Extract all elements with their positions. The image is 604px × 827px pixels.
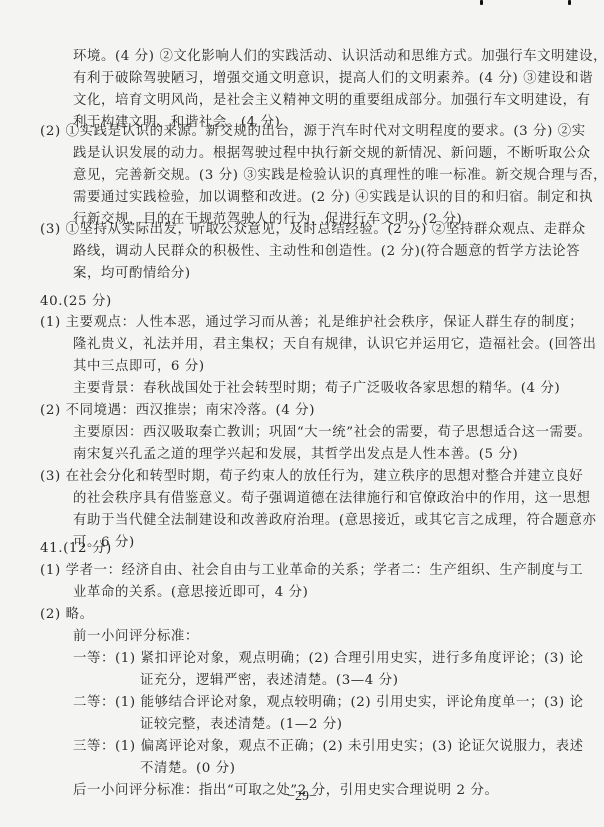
- q41-part1-line: (1) 学者一：经济自由、社会自由与工业革命的关系；学者二：生产组织、生产制度与…: [40, 562, 583, 580]
- q40-part1-line: (1) 主要观点：人性本恶，通过学习而从善；礼是维护社会秩序，保证人群生存的制度…: [40, 314, 583, 332]
- q40-header: 40.(25 分): [40, 293, 112, 311]
- scan-mark: [480, 0, 483, 5]
- q40-part3-line: (3) 在社会分化和转型时期，荀子约束人的放任行为，建立秩序的思想对整合并建立良…: [40, 468, 583, 486]
- q39-part2-line: 需要通过实践检验，加以调整和改进。(2 分) ④实践是认识的目的和归宿。制定和执: [73, 189, 593, 207]
- q39-text-line: 有利于破除驾驶陋习，增强交通文明意识，提高人们的文明素养。(4 分) ③建设和谐: [73, 70, 593, 88]
- q39-part2-line: 践是认识发展的动力。根据驾驶过程中执行新交规的新情况、新问题，不断听取公众: [73, 145, 591, 163]
- exam-answer-page: 环境。(4 分) ②文化影响人们的实践活动、认识活动和思维方式。加强行车文明建设…: [0, 0, 604, 827]
- q39-part2-line: (2) ①实践是认识的来源。新交规的出台，源于汽车时代对文明程度的要求。(3 分…: [40, 123, 586, 141]
- page-number: −29−: [0, 789, 604, 805]
- q41-header: 41.(12 分): [40, 540, 112, 558]
- q40-part2-line: 南宋复兴孔孟之道的理学兴起和发展，其哲学出发点是人性本善。(5 分): [73, 446, 518, 464]
- q41-tier3-line: 不清楚。(0 分): [140, 760, 236, 778]
- q40-part3-line: 的社会秩序具有借鉴意义。荀子强调道德在法律施行和官僚政治中的作用，这一思想: [73, 490, 591, 508]
- q39-part2-line: 意见，完善新交规。(3 分) ③实践是检验认识的真理性的唯一标准。新交规合理与否…: [73, 167, 604, 185]
- q39-part3-line: 路线，调动人民群众的积极性、主动性和创造性。(2 分)(符合题意的哲学方法论答: [73, 243, 580, 261]
- q39-text-line: 文化，培育文明风尚，是社会主义精神文明的重要组成部分。加强行车文明建设，有: [73, 92, 591, 110]
- q40-part2-line: 主要原因：西汉吸取秦亡教训；巩固“大一统”社会的需要，荀子思想适合这一需要。: [73, 424, 592, 442]
- q41-tier1-line: 一等：(1) 紧扣评论对象，观点明确；(2) 合理引用史实，进行多角度评论；(3…: [73, 650, 584, 668]
- q41-tier1-line: 证充分，逻辑严密，表述清楚。(3—4 分): [140, 672, 399, 690]
- q40-part1-line: 其中三点即可，6 分): [73, 358, 205, 376]
- q39-part3-line: (3) ①坚持从实际出发，听取公众意见，及时总结经验。(2 分) ②坚持群众观点…: [40, 221, 586, 239]
- q41-tier2-line: 二等：(1) 能够结合评论对象，观点较明确；(2) 引用史实，评论角度单一；(3…: [73, 694, 584, 712]
- q40-part1-line: 主要背景：春秋战国处于社会转型时期；荀子广泛吸收各家思想的精华。(4 分): [73, 380, 560, 398]
- scan-mark: [568, 0, 571, 5]
- q39-part3-line: 案，均可酌情给分): [73, 265, 191, 283]
- q40-part1-line: 隆礼贵义，礼法并用，君主集权；天自有规律，认识它并运用它，造福社会。(回答出: [73, 336, 596, 354]
- q41-tier2-line: 证较完整，表述清楚。(1—2 分): [140, 716, 343, 734]
- q39-text-line: 环境。(4 分) ②文化影响人们的实践活动、认识活动和思维方式。加强行车文明建设…: [73, 48, 604, 66]
- q41-tier3-line: 三等：(1) 偏离评论对象，观点不正确；(2) 未引用史实；(3) 论证欠说服力…: [73, 738, 584, 756]
- q40-part3-line: 有助于当代健全法制建设和改善政府治理。(意思接近，或其它言之成理，符合题意亦: [73, 512, 596, 530]
- q41-part2-line: (2) 略。: [40, 606, 94, 624]
- q41-part1-line: 业革命的关系。(意思接近即可，4 分): [73, 584, 308, 602]
- q40-part2-line: (2) 不同境遇：西汉推崇；南宋冷落。(4 分): [40, 402, 315, 420]
- q41-part2-line: 前一小问评分标准：: [73, 628, 199, 646]
